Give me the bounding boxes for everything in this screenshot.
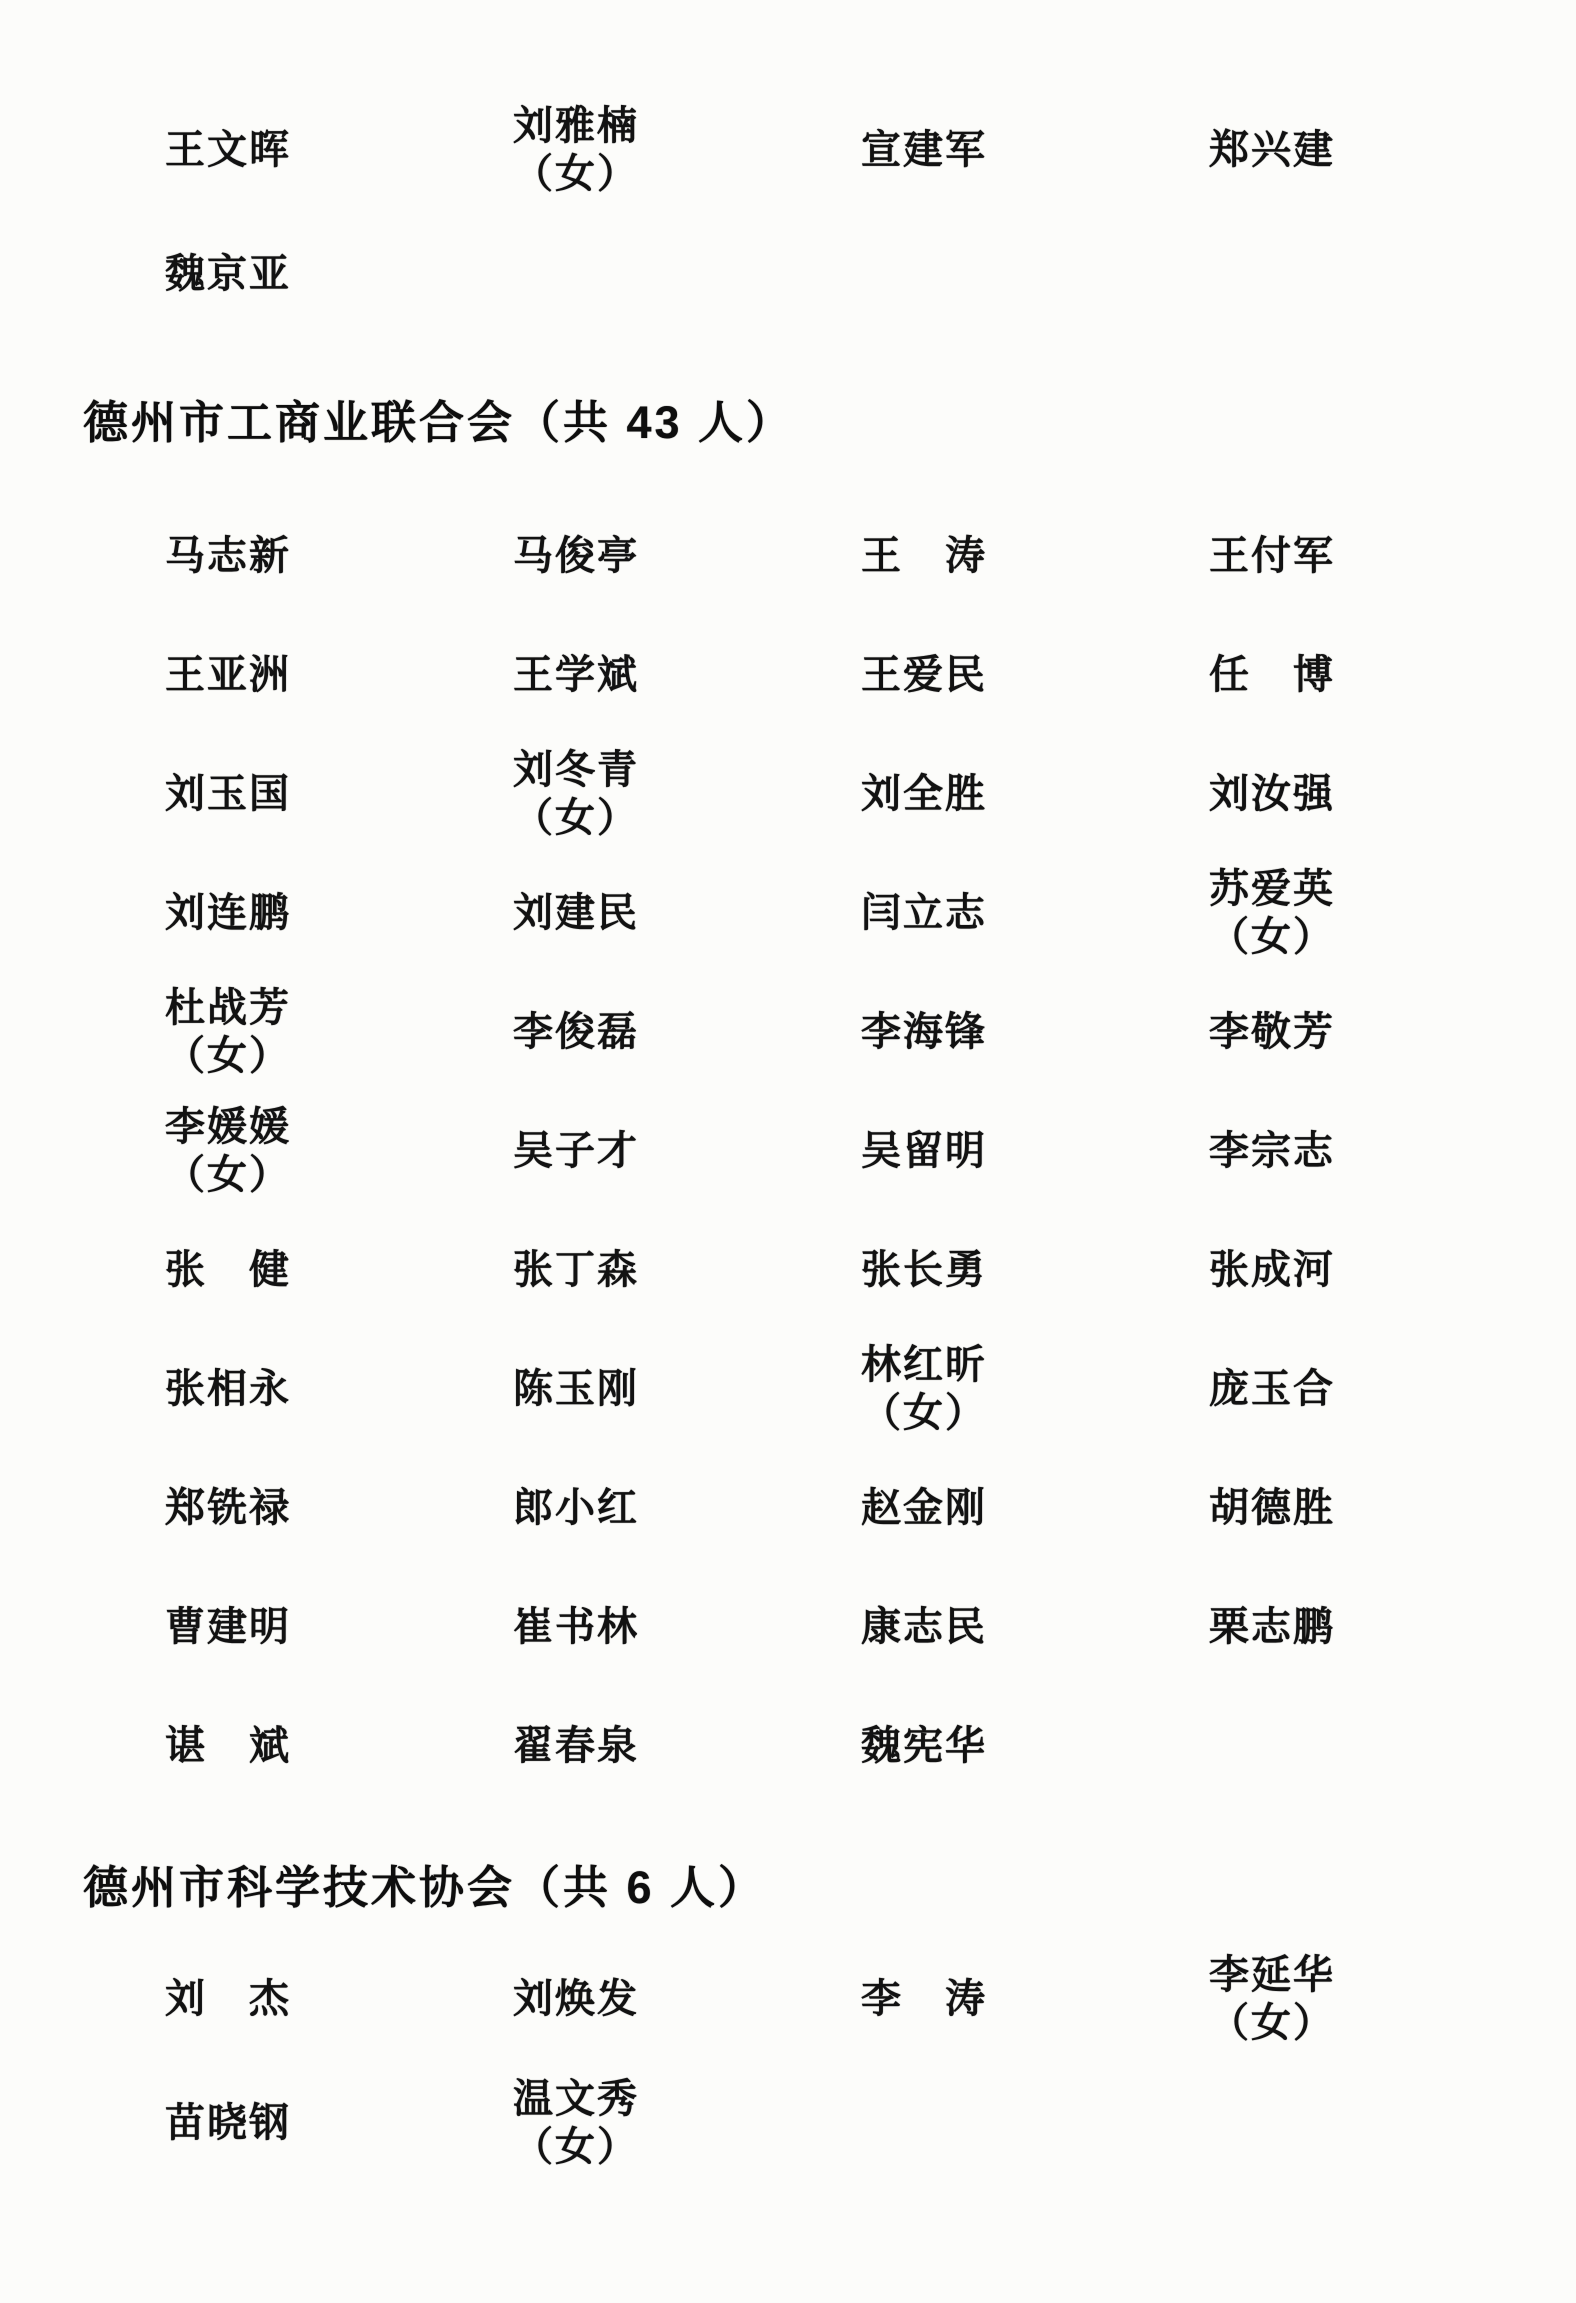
person-name: 温文秀 （女） bbox=[513, 2075, 639, 2171]
person-name: 张丁森 bbox=[513, 1246, 639, 1294]
section-title-science-technology-association: 德州市科学技术协会（共 6 人） bbox=[0, 1857, 1576, 1919]
name-cell: 宣建军 bbox=[861, 88, 1209, 212]
name-cell: 魏京亚 bbox=[165, 212, 513, 336]
name-cell: 刘 杰 bbox=[165, 1937, 513, 2061]
person-name: 刘冬青 （女） bbox=[513, 746, 639, 842]
person-name: 张相永 bbox=[165, 1365, 291, 1413]
name-cell: 刘焕发 bbox=[513, 1937, 861, 2061]
name-cell: 崔书林 bbox=[513, 1567, 861, 1686]
name-cell: 张长勇 bbox=[861, 1210, 1209, 1329]
person-name: 杜战芳 （女） bbox=[165, 984, 291, 1080]
name-cell: 郑兴建 bbox=[1209, 88, 1549, 212]
name-cell: 温文秀 （女） bbox=[513, 2061, 861, 2185]
person-name: 刘焕发 bbox=[513, 1975, 639, 2023]
person-name: 栗志鹏 bbox=[1209, 1603, 1335, 1651]
continuation-name-grid: 王文晖刘雅楠 （女）宣建军郑兴建魏京亚 bbox=[0, 88, 1576, 336]
name-cell: 刘汝强 bbox=[1209, 734, 1549, 853]
person-name: 张 健 bbox=[165, 1246, 291, 1294]
name-cell: 王付军 bbox=[1209, 496, 1549, 615]
person-name: 胡德胜 bbox=[1209, 1484, 1335, 1532]
name-cell: 刘连鹏 bbox=[165, 853, 513, 972]
name-cell: 赵金刚 bbox=[861, 1448, 1209, 1567]
person-name: 刘全胜 bbox=[861, 770, 987, 818]
person-name: 刘 杰 bbox=[165, 1975, 291, 2023]
person-name: 苏爱英 （女） bbox=[1209, 865, 1335, 961]
person-name: 王付军 bbox=[1209, 532, 1335, 580]
person-name: 刘雅楠 （女） bbox=[513, 102, 639, 198]
person-name: 李 涛 bbox=[861, 1975, 987, 2023]
name-cell: 张 健 bbox=[165, 1210, 513, 1329]
name-cell: 李敬芳 bbox=[1209, 972, 1549, 1091]
name-cell: 王文晖 bbox=[165, 88, 513, 212]
document-page: 王文晖刘雅楠 （女）宣建军郑兴建魏京亚 德州市工商业联合会（共 43 人） 马志… bbox=[0, 0, 1576, 2303]
name-cell: 李延华 （女） bbox=[1209, 1937, 1549, 2061]
name-cell bbox=[1209, 1686, 1549, 1805]
name-cell: 张相永 bbox=[165, 1329, 513, 1448]
name-cell: 陈玉刚 bbox=[513, 1329, 861, 1448]
person-name: 李海锋 bbox=[861, 1008, 987, 1056]
name-cell bbox=[1209, 2061, 1549, 2185]
person-name: 康志民 bbox=[861, 1603, 987, 1651]
person-name: 张成河 bbox=[1209, 1246, 1335, 1294]
name-cell: 郎小红 bbox=[513, 1448, 861, 1567]
person-name: 刘汝强 bbox=[1209, 770, 1335, 818]
name-cell: 刘建民 bbox=[513, 853, 861, 972]
person-name: 郑铣禄 bbox=[165, 1484, 291, 1532]
person-name: 李俊磊 bbox=[513, 1008, 639, 1056]
name-cell: 张丁森 bbox=[513, 1210, 861, 1329]
person-name: 王 涛 bbox=[861, 532, 987, 580]
name-cell: 刘玉国 bbox=[165, 734, 513, 853]
section-title-federation-of-industry-and-commerce: 德州市工商业联合会（共 43 人） bbox=[0, 392, 1576, 454]
name-cell: 李宗志 bbox=[1209, 1091, 1549, 1210]
name-cell: 吴留明 bbox=[861, 1091, 1209, 1210]
name-cell: 曹建明 bbox=[165, 1567, 513, 1686]
person-name: 刘玉国 bbox=[165, 770, 291, 818]
person-name: 郎小红 bbox=[513, 1484, 639, 1532]
person-name: 宣建军 bbox=[861, 126, 987, 174]
name-cell: 李海锋 bbox=[861, 972, 1209, 1091]
person-name: 王亚洲 bbox=[165, 651, 291, 699]
name-cell: 马志新 bbox=[165, 496, 513, 615]
name-cell: 李媛媛 （女） bbox=[165, 1091, 513, 1210]
person-name: 赵金刚 bbox=[861, 1484, 987, 1532]
federation-name-grid: 马志新马俊亭王 涛王付军王亚洲王学斌王爱民任 博刘玉国刘冬青 （女）刘全胜刘汝强… bbox=[0, 496, 1576, 1805]
person-name: 魏宪华 bbox=[861, 1722, 987, 1770]
person-name: 张长勇 bbox=[861, 1246, 987, 1294]
name-cell: 苏爱英 （女） bbox=[1209, 853, 1549, 972]
name-cell: 王学斌 bbox=[513, 615, 861, 734]
name-cell: 王爱民 bbox=[861, 615, 1209, 734]
person-name: 王学斌 bbox=[513, 651, 639, 699]
name-cell: 林红昕 （女） bbox=[861, 1329, 1209, 1448]
name-cell: 翟春泉 bbox=[513, 1686, 861, 1805]
person-name: 刘连鹏 bbox=[165, 889, 291, 937]
person-name: 马俊亭 bbox=[513, 532, 639, 580]
name-cell: 苗晓钢 bbox=[165, 2061, 513, 2185]
person-name: 李宗志 bbox=[1209, 1127, 1335, 1175]
name-cell: 杜战芳 （女） bbox=[165, 972, 513, 1091]
name-cell: 郑铣禄 bbox=[165, 1448, 513, 1567]
person-name: 马志新 bbox=[165, 532, 291, 580]
name-cell: 康志民 bbox=[861, 1567, 1209, 1686]
name-cell: 任 博 bbox=[1209, 615, 1549, 734]
person-name: 郑兴建 bbox=[1209, 126, 1335, 174]
person-name: 李媛媛 （女） bbox=[165, 1103, 291, 1199]
person-name: 崔书林 bbox=[513, 1603, 639, 1651]
name-cell: 王亚洲 bbox=[165, 615, 513, 734]
person-name: 闫立志 bbox=[861, 889, 987, 937]
person-name: 庞玉合 bbox=[1209, 1365, 1335, 1413]
person-name: 李延华 （女） bbox=[1209, 1951, 1335, 2047]
name-cell bbox=[513, 212, 861, 336]
person-name: 任 博 bbox=[1209, 651, 1335, 699]
person-name: 翟春泉 bbox=[513, 1722, 639, 1770]
name-cell: 马俊亭 bbox=[513, 496, 861, 615]
name-cell: 栗志鹏 bbox=[1209, 1567, 1549, 1686]
person-name: 王爱民 bbox=[861, 651, 987, 699]
name-cell: 李俊磊 bbox=[513, 972, 861, 1091]
name-cell: 闫立志 bbox=[861, 853, 1209, 972]
person-name: 李敬芳 bbox=[1209, 1008, 1335, 1056]
name-cell: 谌 斌 bbox=[165, 1686, 513, 1805]
name-cell: 刘雅楠 （女） bbox=[513, 88, 861, 212]
person-name: 陈玉刚 bbox=[513, 1365, 639, 1413]
name-cell bbox=[861, 2061, 1209, 2185]
name-cell: 魏宪华 bbox=[861, 1686, 1209, 1805]
name-cell: 吴子才 bbox=[513, 1091, 861, 1210]
person-name: 曹建明 bbox=[165, 1603, 291, 1651]
science-association-name-grid: 刘 杰刘焕发李 涛李延华 （女）苗晓钢温文秀 （女） bbox=[0, 1937, 1576, 2185]
person-name: 刘建民 bbox=[513, 889, 639, 937]
name-cell: 刘全胜 bbox=[861, 734, 1209, 853]
person-name: 魏京亚 bbox=[165, 250, 291, 298]
person-name: 吴子才 bbox=[513, 1127, 639, 1175]
person-name: 王文晖 bbox=[165, 126, 291, 174]
name-cell: 胡德胜 bbox=[1209, 1448, 1549, 1567]
person-name: 林红昕 （女） bbox=[861, 1341, 987, 1437]
name-cell: 庞玉合 bbox=[1209, 1329, 1549, 1448]
name-cell: 张成河 bbox=[1209, 1210, 1549, 1329]
name-cell: 李 涛 bbox=[861, 1937, 1209, 2061]
name-cell: 王 涛 bbox=[861, 496, 1209, 615]
name-cell: 刘冬青 （女） bbox=[513, 734, 861, 853]
person-name: 苗晓钢 bbox=[165, 2099, 291, 2147]
person-name: 谌 斌 bbox=[165, 1722, 291, 1770]
person-name: 吴留明 bbox=[861, 1127, 987, 1175]
name-cell bbox=[1209, 212, 1549, 336]
name-cell bbox=[861, 212, 1209, 336]
